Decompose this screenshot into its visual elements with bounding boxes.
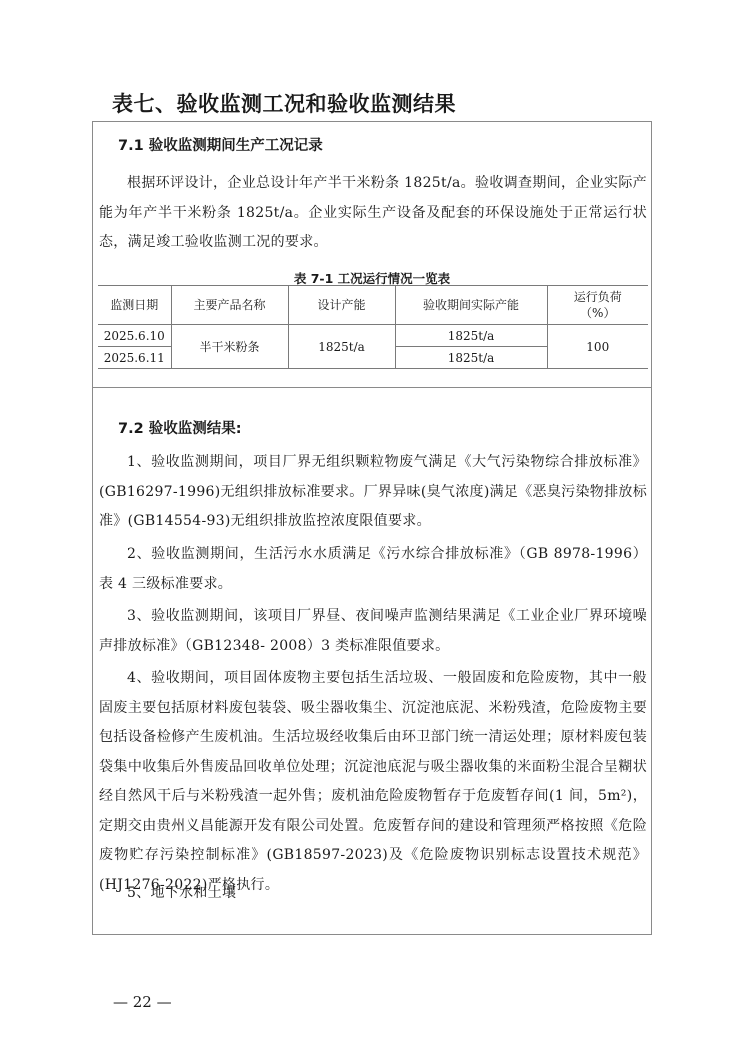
cell-product: 半干米粉条 — [171, 325, 288, 369]
result-item-1: 1、验收监测期间，项目厂界无组织颗粒物废气满足《大气污染物综合排放标准》(GB1… — [99, 448, 647, 537]
header-actual-capacity: 验收期间实际产能 — [395, 286, 547, 325]
cell-actual-capacity: 1825t/a — [395, 347, 547, 369]
cell-date: 2025.6.11 — [98, 347, 171, 369]
cell-actual-capacity: 1825t/a — [395, 325, 547, 347]
section-7-1-paragraph: 根据环评设计，企业总设计年产半干米粉条 1825t/a。验收调查期间，企业实际产… — [99, 169, 647, 258]
result-item-4: 4、验收期间，项目固体废物主要包括生活垃圾、一般固废和危险废物，其中一般固废主要… — [99, 664, 647, 900]
table-header-row: 监测日期 主要产品名称 设计产能 验收期间实际产能 运行负荷 （%） — [98, 286, 648, 325]
header-operating-load: 运行负荷 （%） — [547, 286, 648, 325]
result-item-5: 5、地下水和土壤 — [99, 879, 647, 909]
section-divider — [93, 387, 651, 388]
section-7-2-title: 7.2 验收监测结果: — [118, 417, 242, 438]
section-7-1-title: 7.1 验收监测期间生产工况记录 — [118, 134, 323, 155]
table-row: 2025.6.10 半干米粉条 1825t/a 1825t/a 100 — [98, 325, 648, 347]
cell-design-capacity: 1825t/a — [288, 325, 395, 369]
header-design-capacity: 设计产能 — [288, 286, 395, 325]
header-product-name: 主要产品名称 — [171, 286, 288, 325]
result-item-2: 2、验收监测期间，生活污水水质满足《污水综合排放标准》（GB 8978-1996… — [99, 540, 647, 599]
header-monitoring-date: 监测日期 — [98, 286, 171, 325]
result-item-3: 3、验收监测期间，该项目厂界昼、夜间噪声监测结果满足《工业企业厂界环境噪声排放标… — [99, 602, 647, 661]
cell-date: 2025.6.10 — [98, 325, 171, 347]
page-heading: 表七、验收监测工况和验收监测结果 — [112, 88, 456, 118]
header-operating-load-label: 运行负荷 — [548, 289, 649, 305]
operating-conditions-table: 监测日期 主要产品名称 设计产能 验收期间实际产能 运行负荷 （%） 2025.… — [98, 285, 648, 369]
content-box: 7.1 验收监测期间生产工况记录 根据环评设计，企业总设计年产半干米粉条 182… — [92, 121, 652, 935]
page-number: — 22 — — [113, 993, 172, 1011]
cell-load: 100 — [547, 325, 648, 369]
header-operating-load-unit: （%） — [548, 305, 649, 321]
